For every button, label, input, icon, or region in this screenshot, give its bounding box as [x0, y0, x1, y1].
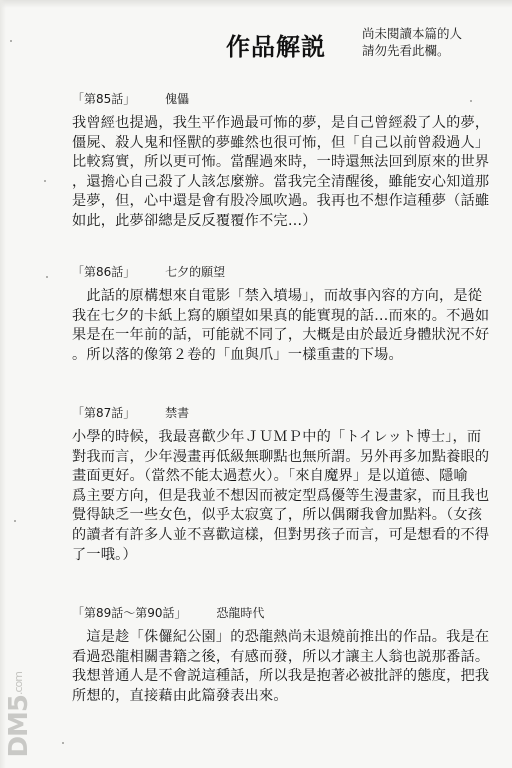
section-episode-89-90: 「第89話～第90話」 恐龍時代 這是趁「侏儸紀公園」的恐龍熱尚未退燒前推出的作…: [72, 604, 504, 706]
body-line: ，還擔心自己殺了人該怎麼辦。當我完全清醒後，雖能安心知道那: [72, 173, 504, 193]
page-title: 作品解説: [226, 27, 326, 62]
body-line: 對我而言，少年漫畫再低級無聊點也無所謂。另外再多加點養眼的: [72, 448, 504, 468]
body-line: 了一哦。）: [72, 546, 504, 566]
body-line: 如此，此夢卻總是反反覆覆作不完…）: [72, 212, 504, 232]
episode-number: 「第85話」: [72, 90, 135, 108]
body-line: 畫面更好。（當然不能太過惹火）。「來自魔界」是以道德、隱喻: [72, 467, 504, 487]
episode-title: 七夕的願望: [165, 263, 225, 281]
scan-edge-left: [0, 0, 6, 768]
scan-speck: [14, 520, 16, 522]
body-line: 此話的原構想來自電影「禁入墳場」，而故事內容的方向，是從: [72, 287, 504, 307]
episode-number: 「第86話」: [72, 263, 135, 281]
body-line: 是夢，但，心中還是會有股冷風吹過。我再也不想作這種夢（話雖: [72, 192, 504, 212]
spoiler-note-line: 尚未閱讀本篇的人: [362, 25, 462, 42]
section-body: 小學的時候，我最喜歡少年ＪＵＭＰ中的「トイレット博士」，而 對我而言，少年漫畫再…: [72, 428, 504, 565]
episode-title: 恐龍時代: [216, 604, 264, 622]
section-episode-85: 「第85話」 傀儡 我曾經也提過，我生平作過最可怖的夢，是自己曾經殺了人的夢， …: [72, 90, 504, 232]
section-episode-86: 「第86話」 七夕的願望 此話的原構想來自電影「禁入墳場」，而故事內容的方向，是…: [72, 263, 504, 365]
section-body: 我曾經也提過，我生平作過最可怖的夢，是自己曾經殺了人的夢， 僵屍、殺人鬼和怪獸的…: [72, 114, 504, 232]
body-line: 看過恐龍相關書籍之後，有感而發，所以才讓主人翁也説那番話。: [72, 648, 504, 668]
watermark-logo: DM5.com: [6, 672, 32, 758]
scan-speck: [44, 180, 46, 182]
body-line: 比較寫實，所以更可怖。當醒過來時，一時還無法回到原來的世界: [72, 153, 504, 173]
body-line: 僵屍、殺人鬼和怪獸的夢雖然也很可怖，但「自己以前曾殺過人」: [72, 134, 504, 154]
section-heading: 「第86話」 七夕的願望: [72, 263, 504, 281]
watermark-text: DM5: [4, 695, 34, 758]
body-line: 我在七夕的卡紙上寫的願望如果真的能實現的話…而來的。不過如: [72, 307, 504, 327]
section-heading: 「第87話」 禁書: [72, 404, 504, 422]
watermark-domain: .com: [12, 672, 25, 695]
body-line: 所想的，直接藉由此篇發表出來。: [72, 687, 504, 707]
body-line: 小學的時候，我最喜歡少年ＪＵＭＰ中的「トイレット博士」，而: [72, 428, 504, 448]
body-line: 我想普通人是不會説這種話，所以我是抱著必被批評的態度，把我: [72, 667, 504, 687]
scan-speck: [10, 40, 12, 42]
spoiler-note-line: 請勿先看此欄。: [362, 42, 462, 59]
episode-number: 「第89話～第90話」: [72, 604, 187, 622]
spoiler-note: 尚未閱讀本篇的人 請勿先看此欄。: [362, 25, 462, 59]
section-heading: 「第89話～第90話」 恐龍時代: [72, 604, 504, 622]
episode-title: 傀儡: [165, 90, 189, 108]
body-line: 的讀者有許多人並不喜歡這樣，但對男孩子而言，可是想看的不得: [72, 526, 504, 546]
body-line: 果是在一年前的話，可能就不同了，大概是由於最近身體狀況不好: [72, 326, 504, 346]
body-line: 我曾經也提過，我生平作過最可怖的夢，是自己曾經殺了人的夢，: [72, 114, 504, 134]
scan-edge-top: [0, 0, 512, 8]
body-line: 覺得缺乏一些女色，似乎太寂寞了，所以偶爾我會加點料。（女孩: [72, 506, 504, 526]
body-line: 爲主要方向，但是我並不想因而被定型爲優等生漫畫家，而且我也: [72, 487, 504, 507]
scan-speck: [46, 276, 48, 278]
body-line: 這是趁「侏儸紀公園」的恐龍熱尚未退燒前推出的作品。我是在: [72, 628, 504, 648]
scanned-page: 作品解説 尚未閱讀本篇的人 請勿先看此欄。 「第85話」 傀儡 我曾經也提過，我…: [0, 0, 512, 768]
episode-title: 禁書: [165, 404, 189, 422]
section-episode-87: 「第87話」 禁書 小學的時候，我最喜歡少年ＪＵＭＰ中的「トイレット博士」，而 …: [72, 404, 504, 565]
section-heading: 「第85話」 傀儡: [72, 90, 504, 108]
body-line: 。所以落的像第２卷的「血與爪」一樣重畫的下場。: [72, 346, 504, 366]
scan-speck: [62, 742, 64, 744]
episode-number: 「第87話」: [72, 404, 135, 422]
scan-speck: [470, 100, 472, 102]
section-body: 這是趁「侏儸紀公園」的恐龍熱尚未退燒前推出的作品。我是在 看過恐龍相關書籍之後，…: [72, 628, 504, 706]
section-body: 此話的原構想來自電影「禁入墳場」，而故事內容的方向，是從 我在七夕的卡紙上寫的願…: [72, 287, 504, 365]
